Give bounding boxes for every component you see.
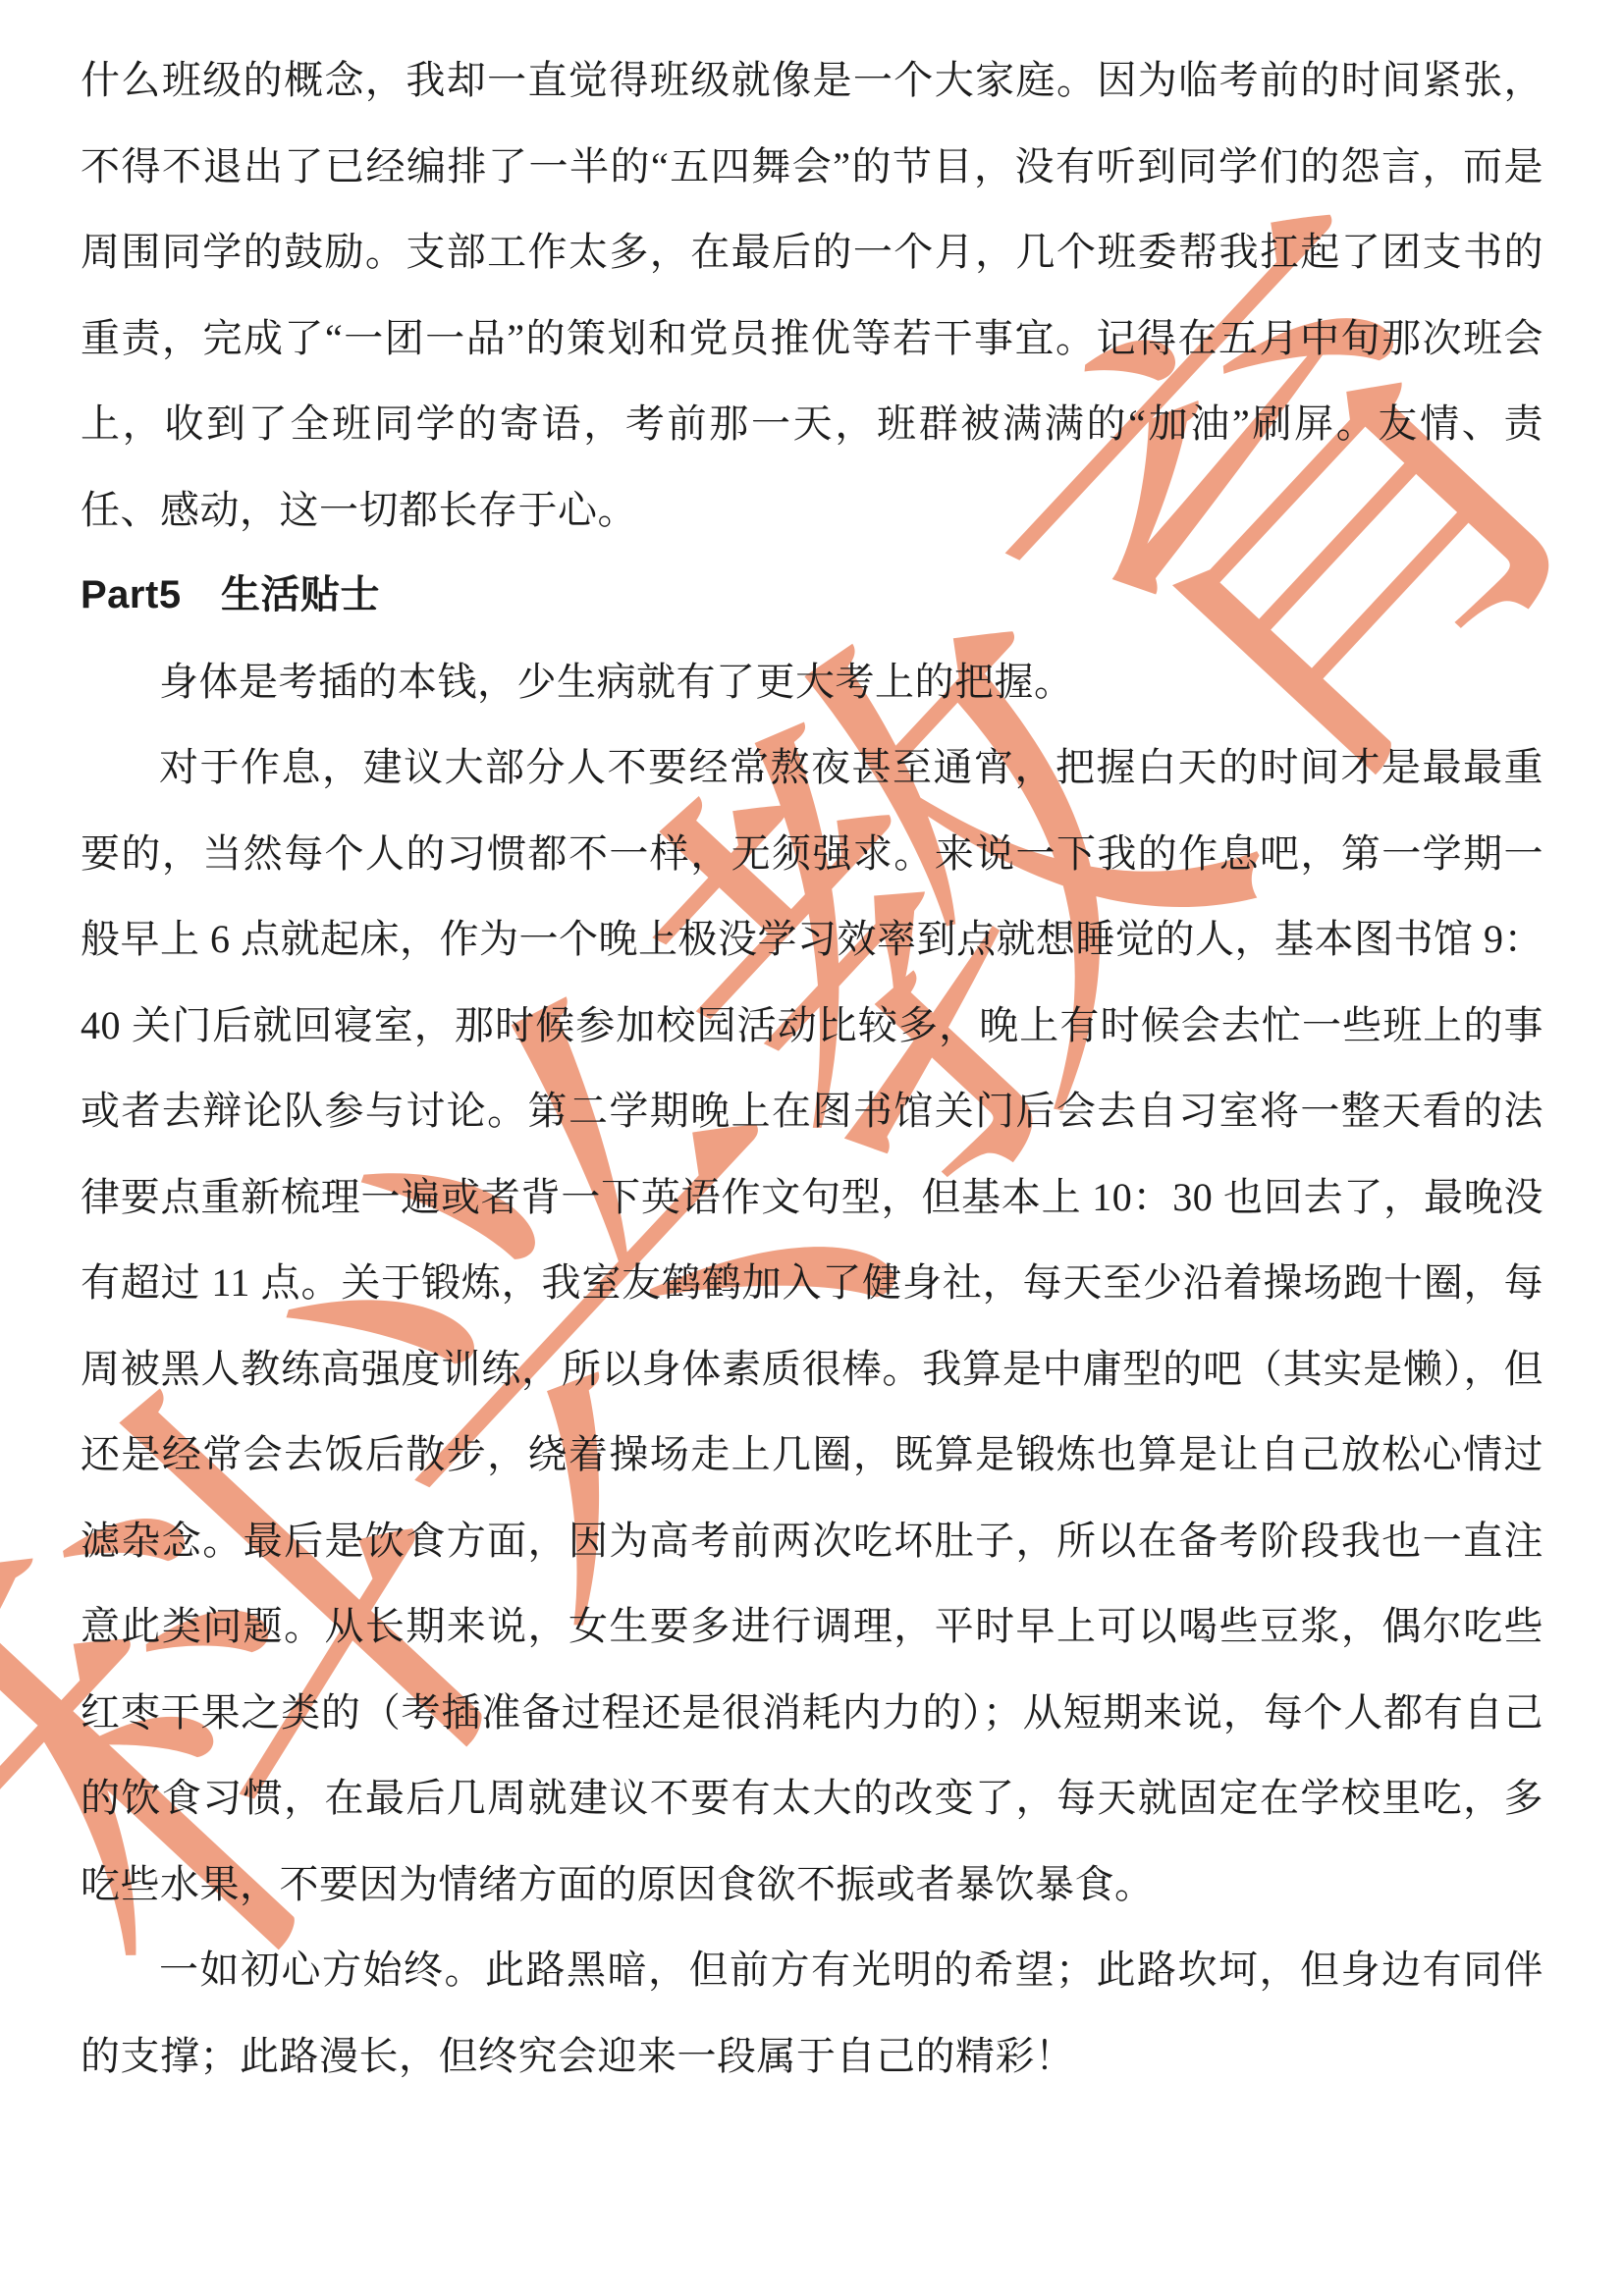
paragraph-continuation: 什么班级的概念，我却一直觉得班级就像是一个大家庭。因为临考前的时间紧张，不得不退… — [81, 37, 1543, 553]
paragraph-daily-routine: 对于作息，建议大部分人不要经常熬夜甚至通宵，把握白天的时间才是最最重要的，当然每… — [81, 724, 1543, 1927]
paragraph-closing: 一如初心方始终。此路黑暗，但前方有光明的希望；此路坎坷，但身边有同伴的支撑；此路… — [81, 1927, 1543, 2099]
paragraph-health-intro: 身体是考插的本钱，少生病就有了更大考上的把握。 — [81, 639, 1543, 725]
document-page: 什么班级的概念，我却一直觉得班级就像是一个大家庭。因为临考前的时间紧张，不得不退… — [0, 0, 1624, 2099]
section-heading: Part5 生活贴士 — [81, 553, 1543, 639]
